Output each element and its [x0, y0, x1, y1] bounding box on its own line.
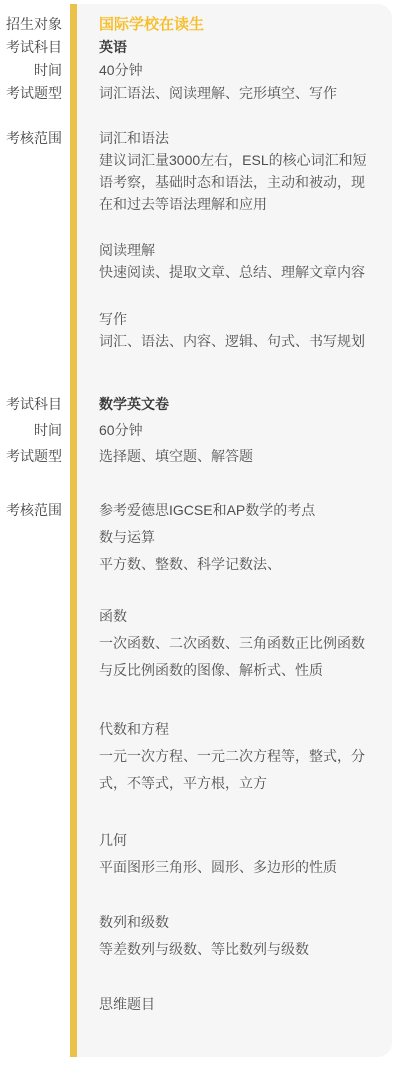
exam2-subject-row: 考试科目 数学英文卷 — [99, 391, 378, 417]
scope-body: 等差数列与级数、等比数列与级数 — [99, 936, 378, 963]
exam2-scope-group-6: 思维题目 — [99, 991, 378, 1018]
label-question-types: 考试题型 — [0, 82, 62, 105]
scope-heading: 代数和方程 — [99, 716, 378, 743]
label-exam-subject: 考试科目 — [0, 36, 62, 59]
exam1-time-value: 40分钟 — [99, 59, 378, 82]
scope-heading: 思维题目 — [99, 991, 378, 1018]
exam-info-page: 招生对象 国际学校在读生 考试科目 英语 时间 40分钟 考试题型 词汇语法、阅… — [0, 0, 400, 1066]
exam1-subject-value: 英语 — [99, 36, 378, 59]
scope-heading: 数与运算 — [99, 524, 378, 551]
exam1-scope-group-3: 写作 词汇、语法、内容、逻辑、句式、书写规划 — [99, 308, 378, 352]
exam1-time-row: 时间 40分钟 — [99, 59, 378, 82]
label-duration: 时间 — [0, 59, 62, 82]
scope-heading: 数列和级数 — [99, 909, 378, 936]
scope-heading: 几何 — [99, 827, 378, 854]
exam2-types-row: 考试题型 选择题、填空题、解答题 — [99, 443, 378, 469]
exam1-subject-row: 考试科目 英语 — [99, 36, 378, 59]
label-admission-target: 招生对象 — [0, 13, 62, 36]
exam1-types-row: 考试题型 词汇语法、阅读理解、完形填空、写作 — [99, 82, 378, 105]
exam2-scope-group-3: 代数和方程 一元一次方程、一元二次方程等，整式，分式，不等式，平方根，立方 — [99, 716, 378, 797]
exam2-time-row: 时间 60分钟 — [99, 417, 378, 443]
label-exam-scope: 考核范围 — [0, 497, 62, 524]
admission-target-value: 国际学校在读生 — [99, 13, 378, 36]
label-question-types: 考试题型 — [0, 443, 62, 469]
exam2-scope-group-2: 函数 一次函数、二次函数、三角函数正比例函数与反比例函数的图像、解析式、性质 — [99, 603, 378, 684]
exam-info-panel: 招生对象 国际学校在读生 考试科目 英语 时间 40分钟 考试题型 词汇语法、阅… — [70, 4, 392, 1057]
scope-heading: 写作 — [99, 308, 378, 330]
exam2-types-value: 选择题、填空题、解答题 — [99, 443, 378, 469]
scope-intro: 参考爱德思IGCSE和AP数学的考点 — [99, 497, 378, 524]
exam2-subject-value: 数学英文卷 — [99, 391, 378, 417]
panel-content: 招生对象 国际学校在读生 考试科目 英语 时间 40分钟 考试题型 词汇语法、阅… — [99, 4, 392, 1018]
exam2-scope-group-5: 数列和级数 等差数列与级数、等比数列与级数 — [99, 909, 378, 963]
exam2-time-value: 60分钟 — [99, 417, 378, 443]
exam2-scope-group-4: 几何 平面图形三角形、圆形、多边形的性质 — [99, 827, 378, 881]
label-exam-subject: 考试科目 — [0, 391, 62, 417]
accent-bar — [70, 4, 77, 1057]
exam1-scope-group-1: 考核范围 词汇和语法 建议词汇量3000左右，ESL的核心词汇和短语考察，基础时… — [99, 127, 378, 215]
scope-body: 一元一次方程、一元二次方程等，整式，分式，不等式，平方根，立方 — [99, 743, 378, 797]
label-exam-scope: 考核范围 — [0, 127, 62, 149]
exam1-scope-group-2: 阅读理解 快速阅读、提取文章、总结、理解文章内容 — [99, 239, 378, 283]
scope-body: 建议词汇量3000左右，ESL的核心词汇和短语考察，基础时态和语法，主动和被动，… — [99, 149, 378, 215]
exam2-scope-intro-row: 考核范围 参考爱德思IGCSE和AP数学的考点 数与运算 平方数、整数、科学记数… — [99, 497, 378, 578]
scope-heading: 函数 — [99, 603, 378, 630]
scope-heading: 词汇和语法 — [99, 127, 378, 149]
scope-heading: 阅读理解 — [99, 239, 378, 261]
scope-body: 平方数、整数、科学记数法、 — [99, 551, 378, 578]
admission-target-row: 招生对象 国际学校在读生 — [99, 13, 378, 36]
exam1-types-value: 词汇语法、阅读理解、完形填空、写作 — [99, 82, 378, 105]
scope-body: 快速阅读、提取文章、总结、理解文章内容 — [99, 261, 378, 283]
scope-body: 平面图形三角形、圆形、多边形的性质 — [99, 854, 378, 881]
scope-body: 词汇、语法、内容、逻辑、句式、书写规划 — [99, 330, 378, 352]
label-duration: 时间 — [0, 417, 62, 443]
scope-body: 一次函数、二次函数、三角函数正比例函数与反比例函数的图像、解析式、性质 — [99, 630, 378, 684]
